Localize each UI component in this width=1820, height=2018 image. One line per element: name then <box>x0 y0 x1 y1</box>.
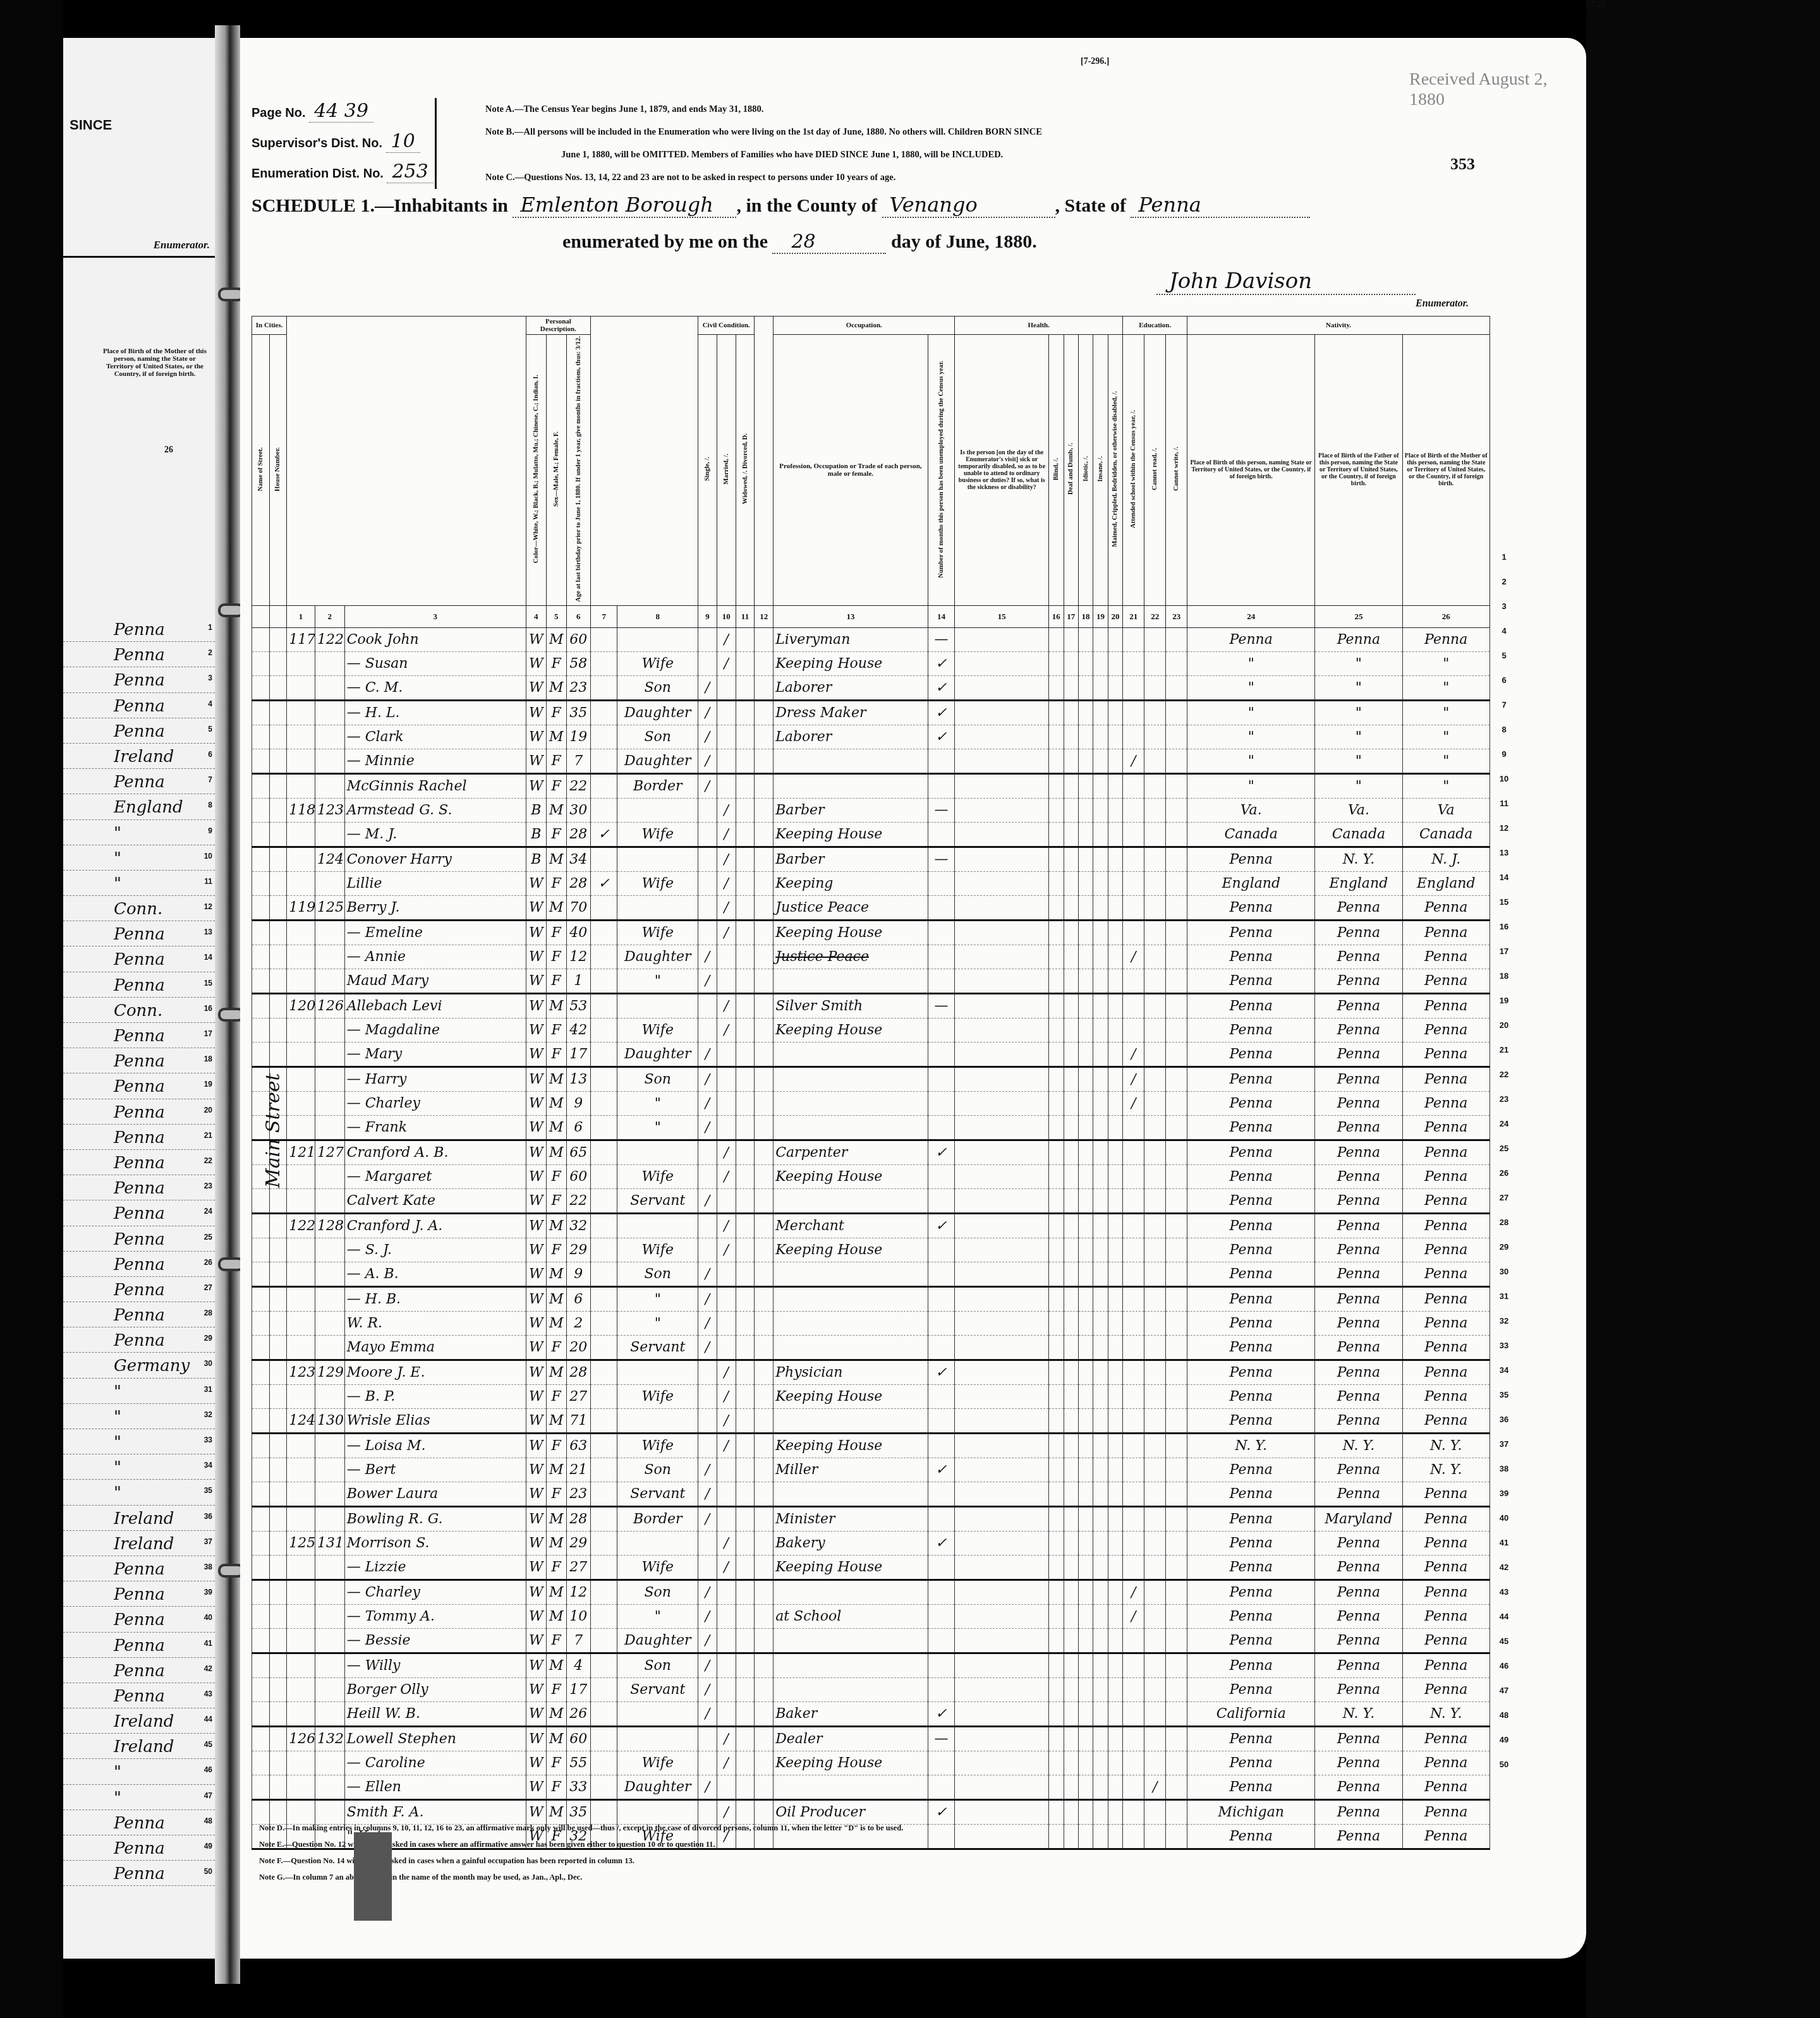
house-number-cell <box>269 749 287 773</box>
age: 23 <box>566 1482 590 1506</box>
street-cell <box>252 969 270 993</box>
insane <box>1093 1115 1108 1140</box>
col-birthplace: Place of Birth of this person, naming St… <box>1187 335 1315 606</box>
group-occupation: Occupation. <box>773 317 955 335</box>
sickness <box>955 1286 1049 1311</box>
line-numbers: 1234567891011121314151617181920212223242… <box>1495 545 1514 1777</box>
county-value: Venango <box>882 193 1055 218</box>
sex: F <box>546 1775 566 1799</box>
person-name: — Bessie <box>344 1628 526 1653</box>
mother-birthplace: Penna <box>1402 1360 1490 1384</box>
person-name: — Bert <box>344 1458 526 1482</box>
married-in-year <box>755 627 773 651</box>
age: 34 <box>566 847 590 871</box>
married: / <box>717 1726 736 1751</box>
sex: F <box>546 1018 566 1042</box>
house-number-cell <box>269 651 287 675</box>
school: / <box>1123 1580 1144 1604</box>
line-number: 44 <box>1495 1604 1514 1629</box>
place-value: Emlenton Borough <box>513 193 736 218</box>
sickness <box>955 1628 1049 1653</box>
color: W <box>526 773 546 798</box>
born-in-year <box>590 1726 617 1751</box>
dwelling-number <box>287 1458 315 1482</box>
street-cell <box>252 895 270 920</box>
age: 53 <box>566 993 590 1018</box>
married-in-year <box>755 1506 773 1531</box>
father-birthplace: Penna <box>1315 1677 1402 1701</box>
house-number-cell <box>269 1360 287 1384</box>
married <box>717 749 736 773</box>
relationship: Wife <box>617 1384 698 1408</box>
column-number: 4 <box>526 605 546 627</box>
father-birthplace: Penna <box>1315 1311 1402 1335</box>
enumeration-district-field: Enumeration Dist. No. 253 <box>252 159 435 189</box>
married-in-year <box>755 1604 773 1628</box>
person-name: — H. B. <box>344 1286 526 1311</box>
street-cell <box>252 1775 270 1799</box>
cannot-write <box>1166 1238 1187 1262</box>
sex: M <box>546 1360 566 1384</box>
sickness <box>955 1140 1049 1164</box>
months-unemployed: ✓ <box>928 675 955 700</box>
age: 35 <box>566 700 590 725</box>
blind <box>1049 1262 1064 1286</box>
widowed <box>736 993 755 1018</box>
maimed <box>1108 1018 1122 1042</box>
birthplace: Penna <box>1187 1091 1315 1115</box>
column-number: 23 <box>1166 605 1187 627</box>
column-number: 5 <box>546 605 566 627</box>
line-number: 19 <box>1495 988 1514 1013</box>
enumerator-signature: John Davison <box>1156 269 1416 295</box>
school <box>1123 725 1144 749</box>
birthplace: Penna <box>1187 1311 1315 1335</box>
months-unemployed <box>928 822 955 847</box>
idiotic <box>1078 1091 1093 1115</box>
married-in-year <box>755 1726 773 1751</box>
age: 7 <box>566 749 590 773</box>
col-months-unemployed: Number of months this person has been un… <box>928 335 955 606</box>
person-name: Bower Laura <box>344 1482 526 1506</box>
previous-page-row: Penna27 <box>63 1277 215 1302</box>
idiotic <box>1078 627 1093 651</box>
widowed <box>736 969 755 993</box>
age: 19 <box>566 725 590 749</box>
relationship: Wife <box>617 1555 698 1580</box>
dwelling-number: 126 <box>287 1726 315 1751</box>
dwelling-number: 125 <box>287 1531 315 1555</box>
father-birthplace: Penna <box>1315 1408 1402 1433</box>
blind <box>1049 749 1064 773</box>
occupation <box>773 1091 928 1115</box>
group-health: Health. <box>955 317 1123 335</box>
deaf <box>1064 1335 1078 1360</box>
occupation <box>773 1311 928 1335</box>
previous-page-row: Ireland6 <box>63 744 215 769</box>
maimed <box>1108 1677 1122 1701</box>
color: B <box>526 847 546 871</box>
table-row: — CharleyWM9"//PennaPennaPenna <box>252 1091 1490 1115</box>
deaf <box>1064 1408 1078 1433</box>
col-widowed: Widowed, /. Divorced, D. <box>736 335 755 606</box>
color: W <box>526 1262 546 1286</box>
sickness <box>955 1726 1049 1751</box>
widowed <box>736 773 755 798</box>
school: / <box>1123 1066 1144 1091</box>
school <box>1123 627 1144 651</box>
previous-page-row: Penna2 <box>63 642 215 667</box>
single: / <box>698 1653 717 1677</box>
family-number <box>315 1091 344 1115</box>
months-unemployed: ✓ <box>928 651 955 675</box>
born-in-year <box>590 1091 617 1115</box>
single: / <box>698 1580 717 1604</box>
blind <box>1049 1238 1064 1262</box>
maimed <box>1108 1188 1122 1213</box>
mother-birthplace: Penna <box>1402 1262 1490 1286</box>
dwelling-number <box>287 1066 315 1091</box>
table-row: — BessieWF7Daughter/PennaPennaPenna <box>252 1628 1490 1653</box>
married: / <box>717 822 736 847</box>
married-in-year <box>755 1238 773 1262</box>
deaf <box>1064 1531 1078 1555</box>
sex: M <box>546 1458 566 1482</box>
born-in-year <box>590 1580 617 1604</box>
idiotic <box>1078 1335 1093 1360</box>
age: 29 <box>566 1238 590 1262</box>
single <box>698 1164 717 1188</box>
idiotic <box>1078 725 1093 749</box>
married-in-year <box>755 798 773 822</box>
sex: M <box>546 1115 566 1140</box>
line-number: 24 <box>1495 1111 1514 1136</box>
person-name: Conover Harry <box>344 847 526 871</box>
street-cell <box>252 920 270 945</box>
widowed <box>736 1066 755 1091</box>
color: W <box>526 1677 546 1701</box>
married-in-year <box>755 993 773 1018</box>
occupation <box>773 773 928 798</box>
age: 22 <box>566 1188 590 1213</box>
sickness <box>955 700 1049 725</box>
family-number <box>315 945 344 969</box>
dwelling-number: 122 <box>287 1213 315 1238</box>
school <box>1123 1433 1144 1458</box>
street-cell <box>252 773 270 798</box>
single <box>698 871 717 895</box>
street-cell <box>252 1262 270 1286</box>
family-number <box>315 1262 344 1286</box>
previous-page-row: Penna3 <box>63 667 215 692</box>
birthplace: Penna <box>1187 969 1315 993</box>
color: W <box>526 993 546 1018</box>
family-number: 127 <box>315 1140 344 1164</box>
father-birthplace: Maryland <box>1315 1506 1402 1531</box>
line-number: 50 <box>1495 1752 1514 1777</box>
table-row: 126132Lowell StephenWM60/Dealer—PennaPen… <box>252 1726 1490 1751</box>
married-in-year <box>755 1360 773 1384</box>
months-unemployed <box>928 1018 955 1042</box>
sex: M <box>546 1311 566 1335</box>
column-number: 14 <box>928 605 955 627</box>
occupation: Keeping House <box>773 1384 928 1408</box>
line-number: 45 <box>1495 1629 1514 1653</box>
table-row: 123129Moore J. E.WM28/Physician✓PennaPen… <box>252 1360 1490 1384</box>
father-birthplace: Penna <box>1315 1726 1402 1751</box>
single <box>698 1408 717 1433</box>
insane <box>1093 1213 1108 1238</box>
cannot-write <box>1166 773 1187 798</box>
relationship: " <box>617 1311 698 1335</box>
street-cell <box>252 822 270 847</box>
census-page: [7-296.] Received August 2, 1880 A. Page… <box>240 38 1586 1959</box>
street-cell <box>252 651 270 675</box>
single <box>698 798 717 822</box>
blind <box>1049 1213 1064 1238</box>
widowed <box>736 945 755 969</box>
single: / <box>698 1286 717 1311</box>
father-birthplace: Penna <box>1315 1604 1402 1628</box>
table-row: — BertWM21Son/Miller✓PennaPennaN. Y. <box>252 1458 1490 1482</box>
color: W <box>526 700 546 725</box>
table-row: — EmelineWF40Wife/Keeping HousePennaPenn… <box>252 920 1490 945</box>
person-name: Calvert Kate <box>344 1188 526 1213</box>
blind <box>1049 1482 1064 1506</box>
house-number-cell <box>269 1311 287 1335</box>
maimed <box>1108 651 1122 675</box>
family-number <box>315 1482 344 1506</box>
table-row: — WillyWM4Son/PennaPennaPenna <box>252 1653 1490 1677</box>
blind <box>1049 822 1064 847</box>
relationship: Son <box>617 1580 698 1604</box>
family-number <box>315 1238 344 1262</box>
street-cell <box>252 1482 270 1506</box>
months-unemployed <box>928 1506 955 1531</box>
father-birthplace: Penna <box>1315 1360 1402 1384</box>
cannot-read <box>1144 945 1166 969</box>
table-row: 124Conover HarryBM34/Barber—PennaN. Y.N.… <box>252 847 1490 871</box>
widowed <box>736 1311 755 1335</box>
relationship: Son <box>617 1653 698 1677</box>
born-in-year <box>590 1408 617 1433</box>
sickness <box>955 822 1049 847</box>
line-number: 49 <box>1495 1727 1514 1752</box>
sickness <box>955 1701 1049 1726</box>
sickness <box>955 749 1049 773</box>
widowed <box>736 1433 755 1458</box>
idiotic <box>1078 1580 1093 1604</box>
table-row: 118123Armstead G. S.BM30/Barber—Va.Va.Va <box>252 798 1490 822</box>
family-number <box>315 1701 344 1726</box>
age: 7 <box>566 1628 590 1653</box>
dwelling-number <box>287 773 315 798</box>
maimed <box>1108 1628 1122 1653</box>
single: / <box>698 1677 717 1701</box>
table-row: 125131Morrison S.WM29/Bakery✓PennaPennaP… <box>252 1531 1490 1555</box>
father-birthplace: Penna <box>1315 1115 1402 1140</box>
father-birthplace: Penna <box>1315 920 1402 945</box>
blind <box>1049 1653 1064 1677</box>
father-birthplace: Penna <box>1315 1140 1402 1164</box>
blind <box>1049 725 1064 749</box>
sickness <box>955 1433 1049 1458</box>
age: 6 <box>566 1115 590 1140</box>
maimed <box>1108 1384 1122 1408</box>
sex: M <box>546 1726 566 1751</box>
house-number-cell <box>269 1335 287 1360</box>
deaf <box>1064 1066 1078 1091</box>
street-cell <box>252 1384 270 1408</box>
widowed <box>736 1555 755 1580</box>
house-number-cell <box>269 1677 287 1701</box>
widowed <box>736 1408 755 1433</box>
reel-number: 0748 <box>1586 0 1606 11</box>
table-row: — CarolineWF55Wife/Keeping HousePennaPen… <box>252 1751 1490 1775</box>
relationship: Daughter <box>617 1042 698 1066</box>
father-birthplace: " <box>1315 773 1402 798</box>
table-row: Mayo EmmaWF20Servant/PennaPennaPenna <box>252 1335 1490 1360</box>
married <box>717 1482 736 1506</box>
born-in-year <box>590 700 617 725</box>
dwelling-number <box>287 1775 315 1799</box>
married-in-year <box>755 675 773 700</box>
mother-birthplace: Penna <box>1402 1238 1490 1262</box>
months-unemployed: ✓ <box>928 1531 955 1555</box>
widowed <box>736 1188 755 1213</box>
cannot-read <box>1144 1286 1166 1311</box>
sex: F <box>546 1433 566 1458</box>
cannot-write <box>1166 1408 1187 1433</box>
deaf <box>1064 1751 1078 1775</box>
cannot-read <box>1144 847 1166 871</box>
married <box>717 1604 736 1628</box>
father-birthplace: Penna <box>1315 1555 1402 1580</box>
occupation: Keeping House <box>773 1555 928 1580</box>
line-number: 26 <box>1495 1161 1514 1185</box>
sex: M <box>546 1580 566 1604</box>
married <box>717 1677 736 1701</box>
previous-page-row: Penna19 <box>63 1073 215 1099</box>
single <box>698 1140 717 1164</box>
deaf <box>1064 993 1078 1018</box>
months-unemployed <box>928 1580 955 1604</box>
birthplace: Penna <box>1187 895 1315 920</box>
maimed <box>1108 1531 1122 1555</box>
married <box>717 1653 736 1677</box>
married <box>717 969 736 993</box>
person-name: Mayo Emma <box>344 1335 526 1360</box>
deaf <box>1064 1018 1078 1042</box>
family-number <box>315 920 344 945</box>
months-unemployed <box>928 1188 955 1213</box>
previous-page-row: Penna4 <box>63 693 215 718</box>
color: W <box>526 1164 546 1188</box>
married: / <box>717 1531 736 1555</box>
color: W <box>526 1580 546 1604</box>
born-in-year <box>590 920 617 945</box>
blind <box>1049 1604 1064 1628</box>
school <box>1123 1506 1144 1531</box>
occupation: Miller <box>773 1458 928 1482</box>
house-number-cell <box>269 871 287 895</box>
previous-page-row: "31 <box>63 1379 215 1404</box>
person-name: — Ellen <box>344 1775 526 1799</box>
insane <box>1093 1384 1108 1408</box>
house-number-cell <box>269 1751 287 1775</box>
age: 12 <box>566 945 590 969</box>
cannot-read <box>1144 1433 1166 1458</box>
married: / <box>717 1164 736 1188</box>
cannot-write <box>1166 822 1187 847</box>
school <box>1123 700 1144 725</box>
cannot-read <box>1144 1580 1166 1604</box>
family-number: 131 <box>315 1531 344 1555</box>
sickness <box>955 1066 1049 1091</box>
birthplace: Penna <box>1187 1458 1315 1482</box>
single <box>698 822 717 847</box>
line-number: 29 <box>1495 1235 1514 1259</box>
column-number: 22 <box>1144 605 1166 627</box>
married <box>717 1628 736 1653</box>
cannot-read <box>1144 1701 1166 1726</box>
line-number: 39 <box>1495 1481 1514 1506</box>
house-number-cell <box>269 627 287 651</box>
married-in-year <box>755 1164 773 1188</box>
relationship: Wife <box>617 822 698 847</box>
married-in-year <box>755 1188 773 1213</box>
married-in-year <box>755 1751 773 1775</box>
cannot-write <box>1166 1531 1187 1555</box>
father-birthplace: Penna <box>1315 1188 1402 1213</box>
occupation <box>773 1408 928 1433</box>
line-number: 46 <box>1495 1653 1514 1678</box>
age: 65 <box>566 1140 590 1164</box>
cannot-read <box>1144 1628 1166 1653</box>
relationship: Wife <box>617 1018 698 1042</box>
widowed <box>736 1628 755 1653</box>
widowed <box>736 1775 755 1799</box>
married: / <box>717 1433 736 1458</box>
single: / <box>698 969 717 993</box>
birthplace: N. Y. <box>1187 1433 1315 1458</box>
born-in-year <box>590 1604 617 1628</box>
insane <box>1093 1580 1108 1604</box>
single: / <box>698 1188 717 1213</box>
person-name: — A. B. <box>344 1262 526 1286</box>
idiotic <box>1078 700 1093 725</box>
blind <box>1049 1188 1064 1213</box>
maimed <box>1108 1335 1122 1360</box>
occupation <box>773 1580 928 1604</box>
school: / <box>1123 749 1144 773</box>
months-unemployed <box>928 1653 955 1677</box>
relationship: Son <box>617 675 698 700</box>
sex: F <box>546 749 566 773</box>
color: W <box>526 1408 546 1433</box>
single: / <box>698 1066 717 1091</box>
mother-birthplace: Penna <box>1402 895 1490 920</box>
born-in-year <box>590 1140 617 1164</box>
maimed <box>1108 627 1122 651</box>
person-name: — Charley <box>344 1580 526 1604</box>
relationship: Wife <box>617 1751 698 1775</box>
mother-birthplace: Penna <box>1402 1799 1490 1824</box>
idiotic <box>1078 1726 1093 1751</box>
mother-birthplace: " <box>1402 749 1490 773</box>
mother-birthplace: Penna <box>1402 1384 1490 1408</box>
married-in-year <box>755 700 773 725</box>
